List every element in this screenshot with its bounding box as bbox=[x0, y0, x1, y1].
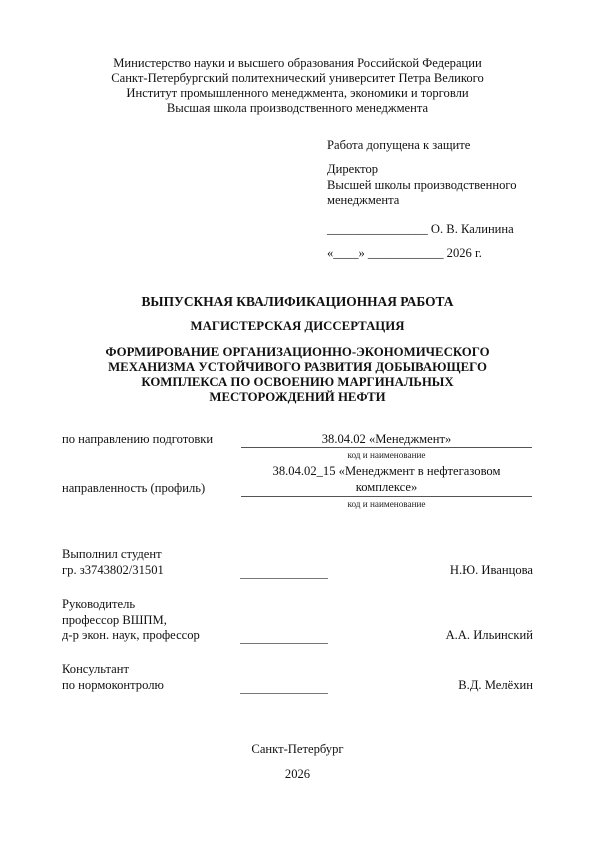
direction-underline bbox=[241, 447, 532, 448]
student-role-2: гр. з3743802/31501 bbox=[62, 563, 164, 579]
direction-value: 38.04.02 «Менеджмент» bbox=[241, 432, 532, 447]
director-title-1: Директор bbox=[327, 162, 378, 178]
supervisor-role-3: д-р экон. наук, профессор bbox=[62, 628, 200, 644]
consultant-name: В.Д. Мелёхин bbox=[458, 678, 533, 693]
work-type: ВЫПУСКНАЯ КВАЛИФИКАЦИОННАЯ РАБОТА bbox=[0, 294, 595, 309]
director-signature-line: ________________ О. В. Калинина bbox=[327, 222, 514, 238]
topic-line-3: КОМПЛЕКСА ПО ОСВОЕНИЮ МАРГИНАЛЬНЫХ bbox=[0, 375, 595, 390]
footer-city: Санкт-Петербург bbox=[0, 742, 595, 757]
profile-label: направленность (профиль) bbox=[62, 481, 205, 497]
topic-line-2: МЕХАНИЗМА УСТОЙЧИВОГО РАЗВИТИЯ ДОБЫВАЮЩЕ… bbox=[0, 360, 595, 375]
director-title-3: менеджмента bbox=[327, 193, 399, 209]
supervisor-role-2: профессор ВШПМ, bbox=[62, 613, 167, 629]
profile-caption: код и наименование bbox=[241, 498, 532, 510]
profile-underline bbox=[241, 496, 532, 497]
student-role-1: Выполнил студент bbox=[62, 547, 162, 563]
approval-date-line: «____» ____________ 2026 г. bbox=[327, 246, 482, 262]
school-line: Высшая школа производственного менеджмен… bbox=[0, 101, 595, 116]
director-title-2: Высшей школы производственного bbox=[327, 178, 517, 194]
direction-caption: код и наименование bbox=[241, 449, 532, 461]
consultant-signature-line bbox=[240, 693, 328, 694]
supervisor-role-1: Руководитель bbox=[62, 597, 135, 613]
supervisor-name: А.А. Ильинский bbox=[446, 628, 533, 643]
supervisor-signature-line bbox=[240, 643, 328, 644]
profile-value-2: комплексе» bbox=[241, 480, 532, 495]
institute-line: Институт промышленного менеджмента, экон… bbox=[0, 86, 595, 101]
student-signature-line bbox=[240, 578, 328, 579]
student-name: Н.Ю. Иванцова bbox=[450, 563, 533, 578]
ministry-line: Министерство науки и высшего образования… bbox=[0, 56, 595, 71]
admitted-text: Работа допущена к защите bbox=[327, 138, 470, 154]
consultant-role-1: Консультант bbox=[62, 662, 129, 678]
direction-label: по направлению подготовки bbox=[62, 432, 213, 448]
footer-year: 2026 bbox=[0, 767, 595, 782]
university-line: Санкт-Петербургский политехнический унив… bbox=[0, 71, 595, 86]
topic-line-1: ФОРМИРОВАНИЕ ОРГАНИЗАЦИОННО-ЭКОНОМИЧЕСКО… bbox=[0, 345, 595, 360]
profile-value-1: 38.04.02_15 «Менеджмент в нефтегазовом bbox=[241, 464, 532, 479]
consultant-role-2: по нормоконтролю bbox=[62, 678, 164, 694]
topic-line-4: МЕСТОРОЖДЕНИЙ НЕФТИ bbox=[0, 390, 595, 405]
work-subtype: МАГИСТЕРСКАЯ ДИССЕРТАЦИЯ bbox=[0, 319, 595, 334]
